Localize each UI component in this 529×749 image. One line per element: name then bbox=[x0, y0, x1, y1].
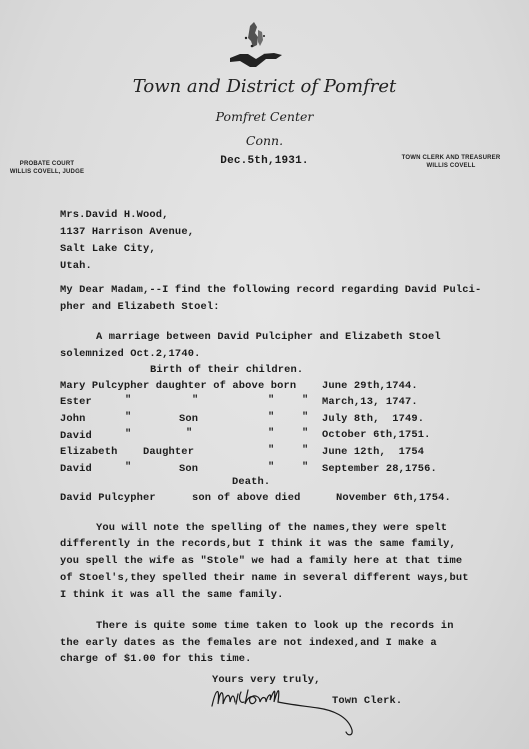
ditto-mark: " bbox=[192, 394, 198, 406]
letterhead-state: Conn. bbox=[0, 133, 529, 148]
ditto-mark: " bbox=[268, 461, 274, 473]
body-paragraph-line: charge of $1.00 for this time. bbox=[60, 653, 252, 665]
birth-entry-date: October 6th,1751. bbox=[322, 429, 431, 441]
salutation-line: My Dear Madam,--I find the following rec… bbox=[60, 284, 481, 296]
ditto-mark: " bbox=[125, 394, 131, 406]
birth-entry-name: Ester bbox=[60, 396, 92, 408]
birth-entry-date: June 29th,1744. bbox=[322, 380, 418, 392]
birth-entry-name: John bbox=[60, 413, 86, 425]
body-paragraph-line: I think it was all the same family. bbox=[60, 589, 284, 601]
recipient-line: Mrs.David H.Wood, bbox=[60, 209, 169, 221]
birth-entry-name: Elizabeth bbox=[60, 446, 117, 458]
ditto-mark: " bbox=[268, 427, 274, 439]
death-heading: Death. bbox=[232, 476, 270, 488]
ditto-mark: " bbox=[268, 411, 274, 423]
ditto-mark: " bbox=[302, 411, 308, 423]
letter-paper: Town and District of Pomfret Pomfret Cen… bbox=[0, 0, 529, 749]
ditto-mark: " bbox=[302, 394, 308, 406]
body-paragraph-line: of Stoel's,they spelled their name in se… bbox=[60, 572, 469, 584]
birth-entry-relation: Son bbox=[179, 413, 198, 425]
birth-entry-date: March,13, 1747. bbox=[322, 396, 418, 408]
seal-icon bbox=[222, 20, 290, 74]
letterhead-subtitle: Pomfret Center bbox=[0, 109, 529, 124]
birth-entry-relation: Daughter bbox=[143, 446, 194, 458]
body-paragraph-line: the early dates as the females are not i… bbox=[60, 637, 437, 649]
signature-icon bbox=[208, 680, 358, 740]
ditto-mark: " bbox=[268, 394, 274, 406]
ditto-mark: " bbox=[302, 444, 308, 456]
body-paragraph-line: you spell the wife as "Stole" we had a f… bbox=[60, 555, 462, 567]
probate-judge-name: WILLIS COVELL, JUDGE bbox=[2, 168, 92, 176]
ditto-mark: " bbox=[302, 427, 308, 439]
ditto-mark: " bbox=[125, 461, 131, 473]
death-entry-name: David Pulcypher bbox=[60, 492, 156, 504]
birth-entry-relation: Son bbox=[179, 463, 198, 475]
recipient-line: Salt Lake City, bbox=[60, 243, 156, 255]
birth-entry-text: Mary Pulcypher daughter of above born bbox=[60, 380, 296, 392]
death-entry-relation: son of above died bbox=[192, 492, 301, 504]
town-clerk-name: WILLIS COVELL bbox=[385, 162, 517, 170]
birth-entry-name: David bbox=[60, 463, 92, 475]
birth-entry-date: September 28,1756. bbox=[322, 463, 437, 475]
marriage-line: solemnized Oct.2,1740. bbox=[60, 348, 200, 360]
body-paragraph-line: You will note the spelling of the names,… bbox=[96, 522, 447, 534]
probate-court-label: PROBATE COURT bbox=[2, 160, 92, 168]
town-clerk-block: TOWN CLERK AND TREASURER WILLIS COVELL bbox=[385, 154, 517, 170]
ditto-mark: " bbox=[125, 428, 131, 440]
recipient-line: Utah. bbox=[60, 260, 92, 272]
births-heading: Birth of their children. bbox=[150, 364, 303, 376]
probate-court-block: PROBATE COURT WILLIS COVELL, JUDGE bbox=[2, 160, 92, 176]
birth-entry-date: June 12th, 1754 bbox=[322, 446, 424, 458]
recipient-line: 1137 Harrison Avenue, bbox=[60, 226, 194, 238]
ditto-mark: " bbox=[268, 444, 274, 456]
letterhead-title: Town and District of Pomfret bbox=[0, 76, 529, 97]
birth-entry-date: July 8th, 1749. bbox=[322, 413, 424, 425]
salutation-line: pher and Elizabeth Stoel: bbox=[60, 301, 220, 313]
body-paragraph-line: There is quite some time taken to look u… bbox=[96, 620, 454, 632]
ditto-mark: " bbox=[186, 427, 192, 439]
ditto-mark: " bbox=[125, 411, 131, 423]
marriage-line: A marriage between David Pulcipher and E… bbox=[96, 331, 441, 343]
birth-entry-name: David bbox=[60, 430, 92, 442]
ditto-mark: " bbox=[302, 461, 308, 473]
death-entry-date: November 6th,1754. bbox=[336, 492, 451, 504]
body-paragraph-line: differently in the records,but I think i… bbox=[60, 538, 456, 550]
signer-title: Town Clerk. bbox=[332, 695, 402, 707]
town-clerk-label: TOWN CLERK AND TREASURER bbox=[385, 154, 517, 162]
